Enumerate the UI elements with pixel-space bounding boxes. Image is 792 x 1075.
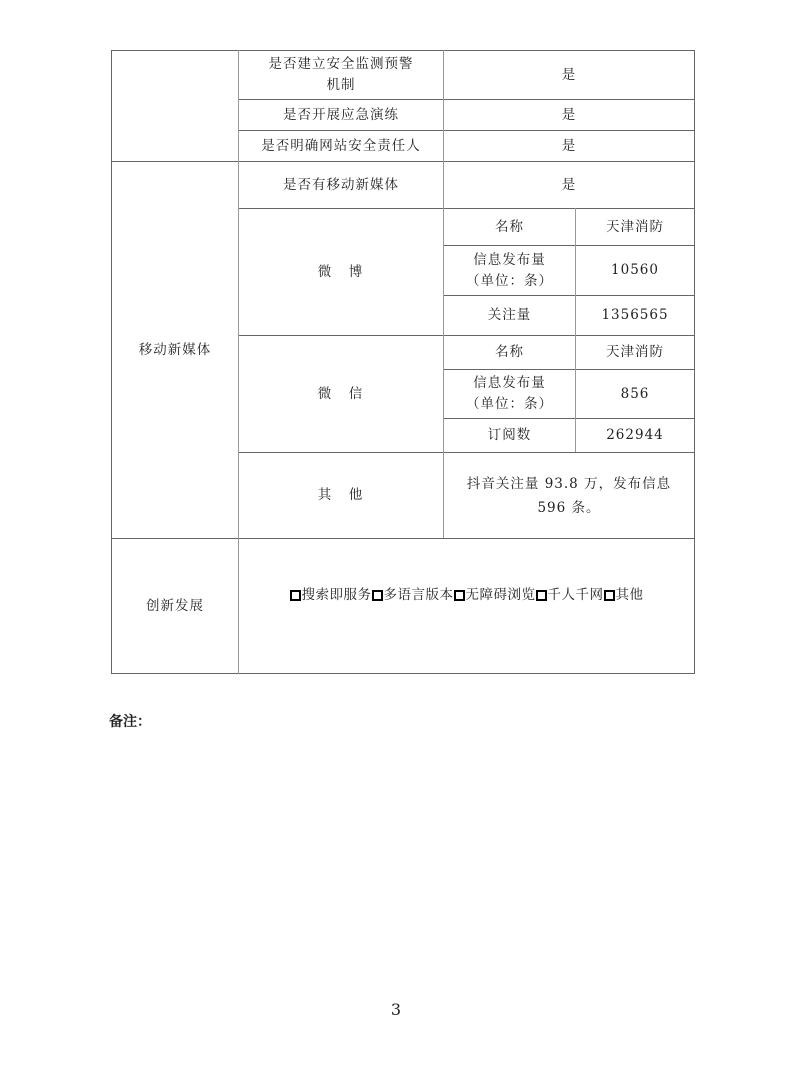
option-label: 千人千网 [548,585,604,606]
innovation-section-label: 创新发展 [112,539,238,673]
checkbox-other[interactable] [604,590,615,601]
checkbox-multilingual[interactable] [372,590,383,601]
label-line: 是否建立安全监测预警 [269,54,414,75]
wechat-subscribers-value: 262944 [576,419,694,452]
wechat-label: 微 信 [239,336,443,452]
key-line: （单位：条） [466,394,553,415]
weibo-followers-value: 1356565 [576,296,694,335]
weibo-label: 微 博 [239,209,443,335]
wechat-posts-key: 信息发布量 （单位：条） [444,370,575,418]
key-line: 信息发布量 [473,373,546,394]
weibo-posts-key: 信息发布量 （单位：条） [444,246,575,295]
has-mobile-media-value: 是 [444,162,694,208]
option-label: 其他 [616,585,644,606]
checkbox-personalized[interactable] [536,590,547,601]
label-line: 机制 [327,75,356,96]
has-mobile-media-label: 是否有移动新媒体 [239,162,443,208]
weibo-name-value: 天津消防 [576,209,694,245]
emergency-drill-label: 是否开展应急演练 [239,100,443,130]
innovation-checkbox-row: 搜索即服务 多语言版本 无障碍浏览 千人千网 其他 [290,585,644,606]
other-media-label: 其 他 [239,453,443,538]
wechat-subscribers-key: 订阅数 [444,419,575,452]
value-line: 抖音关注量 93.8 万，发布信息 [467,472,671,496]
checkbox-search-service[interactable] [290,590,301,601]
option-label: 搜索即服务 [302,585,372,606]
page-number: 3 [0,1000,792,1019]
key-line: 信息发布量 [473,250,546,271]
security-officer-value: 是 [444,131,694,161]
key-line: （单位：条） [466,271,553,292]
weibo-posts-value: 10560 [576,246,694,295]
other-media-value: 抖音关注量 93.8 万，发布信息 596 条。 [444,453,694,538]
option-label: 无障碍浏览 [466,585,536,606]
value-line: 596 条。 [537,496,600,520]
innovation-options: 搜索即服务 多语言版本 无障碍浏览 千人千网 其他 [239,539,694,673]
security-monitoring-label: 是否建立安全监测预警 机制 [239,51,443,99]
wechat-posts-value: 856 [576,370,694,418]
wechat-name-key: 名称 [444,336,575,369]
checkbox-accessibility[interactable] [454,590,465,601]
remarks-label: 备注： [109,711,151,731]
mobile-media-section-label: 移动新媒体 [112,162,238,538]
report-table: 是否建立安全监测预警 机制 是 是否开展应急演练 是 是否明确网站安全责任人 是… [111,50,695,674]
weibo-name-key: 名称 [444,209,575,245]
security-monitoring-value: 是 [444,51,694,99]
option-label: 多语言版本 [384,585,454,606]
security-officer-label: 是否明确网站安全责任人 [239,131,443,161]
wechat-name-value: 天津消防 [576,336,694,369]
emergency-drill-value: 是 [444,100,694,130]
weibo-followers-key: 关注量 [444,296,575,335]
